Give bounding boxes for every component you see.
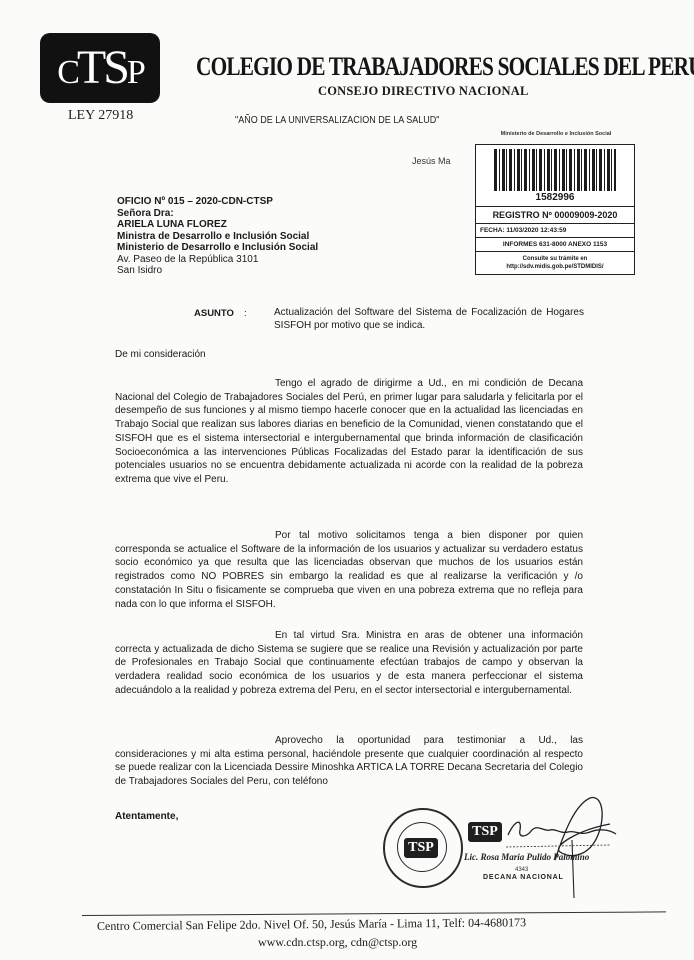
handwritten-signature-icon	[460, 790, 630, 900]
addressee-address: Av. Paseo de la República 3101	[117, 254, 318, 266]
signatory-registration: 4343	[515, 867, 528, 873]
body-paragraph-3: En tal virtud Sra. Ministra en aras de o…	[115, 629, 583, 698]
seal-logo: TSP	[404, 838, 438, 858]
stamp-registro: REGISTRO Nº 00009009-2020	[476, 206, 634, 223]
stamp-informes: INFORMES 631-8000 ANEXO 1153	[476, 237, 634, 251]
addressee-name: ARIELA LUNA FLOREZ	[117, 219, 318, 231]
stamp-consulta-line1: Consulte su trámite en	[480, 255, 630, 263]
logo-text: CTSP	[57, 44, 143, 92]
stamp-consulta: Consulte su trámite en http://sdv.midis.…	[476, 251, 634, 274]
addressee-position: Ministra de Desarrollo e Inclusión Socia…	[117, 231, 318, 243]
organization-title: COLEGIO DE TRABAJADORES SOCIALES DEL PER…	[196, 52, 694, 82]
footer-divider	[82, 911, 666, 916]
reception-stamp: 1582996 REGISTRO Nº 00009009-2020 FECHA:…	[475, 144, 635, 275]
letter-page: CTSP LEY 27918 COLEGIO DE TRABAJADORES S…	[0, 0, 694, 960]
addressee-ministry: Ministerio de Desarrollo e Inclusión Soc…	[117, 242, 318, 254]
signatory-role: DECANA NACIONAL	[483, 874, 564, 881]
barcode-icon	[494, 149, 616, 191]
subject-colon: :	[244, 308, 247, 319]
addressee-salutation: Señora Dra:	[117, 208, 318, 220]
body-paragraph-1: Tengo el agrado de dirigirme a Ud., en m…	[115, 377, 583, 487]
closing: Atentamente,	[115, 811, 178, 822]
stamp-consulta-url: http://sdv.midis.gob.pe/STDMIDIS/	[480, 263, 630, 271]
signatory-name: Lic. Rosa Maria Pulido Palomino	[464, 852, 589, 862]
stamp-fecha: FECHA: 11/03/2020 12:43:59	[476, 223, 634, 237]
barcode-number: 1582996	[476, 191, 634, 206]
council-subtitle: CONSEJO DIRECTIVO NACIONAL	[318, 84, 529, 99]
oficio-number: OFICIO Nº 015 – 2020-CDN-CTSP	[117, 196, 318, 208]
stamp-institution: Ministerio de Desarrollo e Inclusión Soc…	[470, 131, 642, 137]
footer-web-email: www.cdn.ctsp.org, cdn@ctsp.org	[258, 935, 417, 950]
subject-text: Actualización del Software del Sistema d…	[274, 306, 584, 332]
law-number: LEY 27918	[68, 108, 133, 124]
addressee-district: San Isidro	[117, 265, 318, 277]
body-paragraph-4: Aprovecho la oportunidad para testimonia…	[115, 734, 583, 789]
footer-address: Centro Comercial San Felipe 2do. Nivel O…	[97, 915, 526, 934]
greeting: De mi consideración	[115, 349, 206, 360]
subject-label: ASUNTO	[194, 308, 234, 319]
ctsp-logo: CTSP	[40, 33, 160, 103]
year-motto: "AÑO DE LA UNIVERSALIZACION DE LA SALUD"	[235, 115, 439, 126]
addressee-block: OFICIO Nº 015 – 2020-CDN-CTSP Señora Dra…	[117, 196, 318, 277]
body-paragraph-2: Por tal motivo solicitamos tenga a bien …	[115, 529, 583, 611]
place-date: Jesús Ma	[412, 156, 451, 166]
